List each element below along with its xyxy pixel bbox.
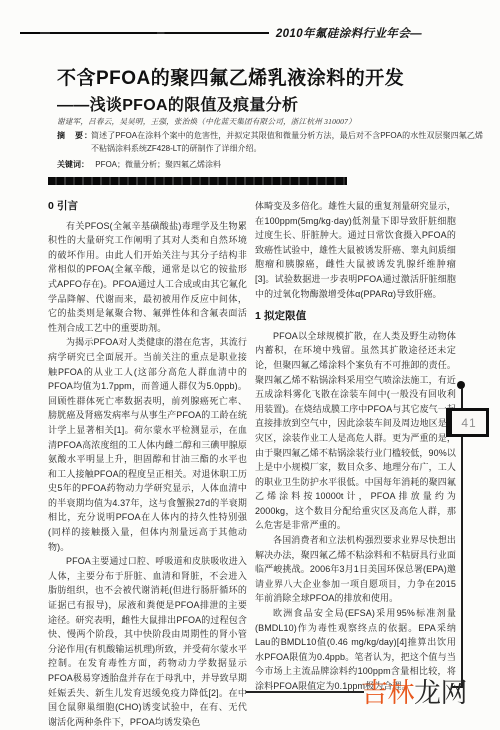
watermark-text-part2: 龙网 <box>414 678 467 708</box>
authors-affiliation: 谢建军，吕春云，吴昊明，王强，张治焕（中化蓝天集团有限公司，浙江杭州 31000… <box>57 116 356 127</box>
body-paragraph: 为揭示PFOA对人类健康的潜在危害，其流行病学研究已全面展开。当前关注的重点是职… <box>48 335 247 554</box>
keywords-label: 关键词： <box>57 160 89 169</box>
keywords-block: 关键词： PFOA；微量分析；聚四氟乙烯涂料 <box>57 159 449 170</box>
section-divider-bar <box>48 177 347 185</box>
watermark-text-part1: 吉林 <box>361 678 414 708</box>
conference-header: 2010年氟硅涂料行业年会— <box>276 25 422 41</box>
scanned-paper-page: 2010年氟硅涂料行业年会— 不含PFOA的聚四氟乙烯乳液涂料的开发 ——浅谈P… <box>0 0 500 730</box>
section-heading-introduction: 0 引言 <box>48 199 247 214</box>
section-heading-limits: 1 拟定限值 <box>255 309 456 324</box>
keywords-text: PFOA；微量分析；聚四氟乙烯涂料 <box>95 160 221 169</box>
watermark-rule <box>246 691 364 693</box>
watermark-logo: 吉林龙网 <box>361 671 467 710</box>
paper-subtitle: ——浅谈PFOA的限值及痕量分析 <box>57 92 298 115</box>
page-header: 2010年氟硅涂料行业年会— <box>20 25 422 41</box>
paper-title: 不含PFOA的聚四氟乙烯乳液涂料的开发 <box>57 63 404 90</box>
abstract-block: 摘 要： 简述了PFOA在涂料个案中的危害性，并拟定其限值和微量分析方法，最后对… <box>57 130 483 155</box>
abstract-label: 摘 要： <box>57 130 93 143</box>
abstract-text: 简述了PFOA在涂料个案中的危害性，并拟定其限值和微量分析方法，最后对不含PFO… <box>91 131 483 153</box>
right-column: 体畸变及多倍化。雄性大鼠的重复剂量研究显示，在100ppm(5mg/kg·day… <box>255 199 456 694</box>
body-paragraph: 有关PFOS(全氟辛基磺酸盐)毒理学及生物累积性的大量研究工作阐明了其对人类和自… <box>48 219 247 336</box>
page-number-tab: 41 <box>446 408 489 437</box>
body-paragraph-continuation: 体畸变及多倍化。雄性大鼠的重复剂量研究显示，在100ppm(5mg/kg·day… <box>255 199 456 301</box>
header-rule <box>20 32 269 35</box>
left-column: 0 引言 有关PFOS(全氟辛基磺酸盐)毒理学及生物累积性的大量研究工作阐明了其… <box>48 199 247 729</box>
body-paragraph: PFOA以全球规模扩散，在人类及野生动物体内蓄积，在环境中残留。虽然其扩散途径还… <box>255 329 456 533</box>
body-paragraph: PFOA主要通过口腔、呼吸道和皮肤吸收进入人体，主要分布于肝脏、血清和肾脏，不会… <box>48 554 247 729</box>
body-paragraph: 各国消费者和立法机构强烈要求业界尽快想出解决办法，聚四氟乙烯不粘涂料和不粘厨具行… <box>255 533 456 606</box>
